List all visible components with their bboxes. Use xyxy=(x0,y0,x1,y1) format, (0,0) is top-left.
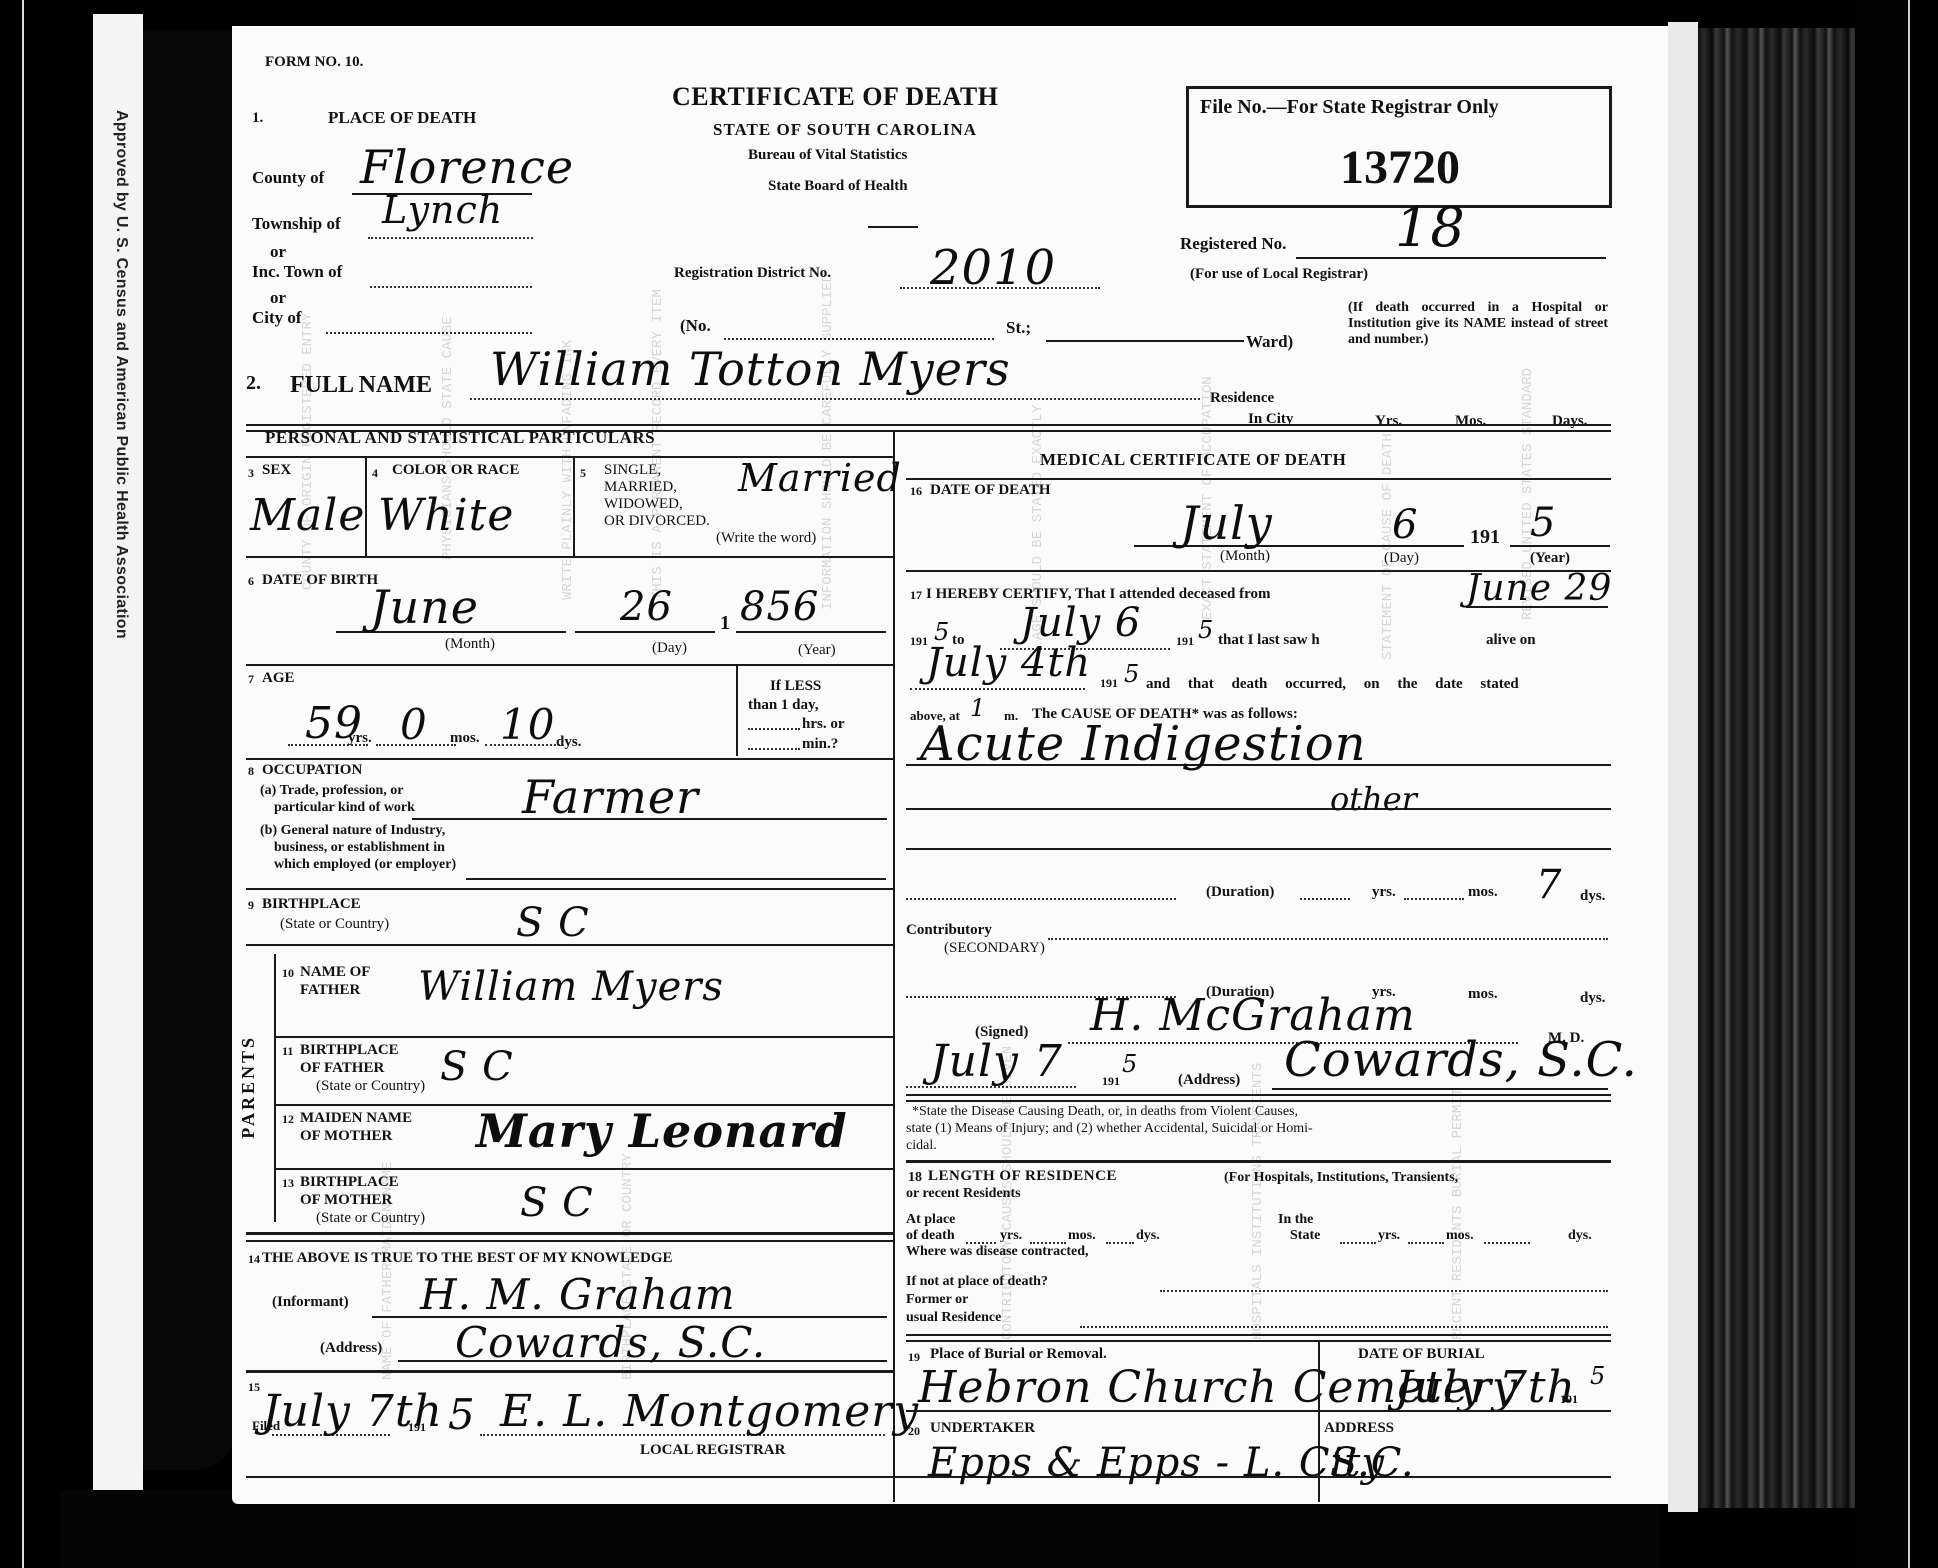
mother-birthplace-label: BIRTHPLACE xyxy=(300,1174,399,1191)
state-name: STATE OF SOUTH CAROLINA xyxy=(713,120,977,140)
item-number: 5 xyxy=(580,466,586,481)
physician-address-value: Cowards, S.C. xyxy=(1284,1032,1638,1088)
medical-section-title: MEDICAL CERTIFICATE OF DEATH xyxy=(1040,450,1346,470)
mos-label: mos. xyxy=(1446,1228,1474,1244)
yrs-label: yrs. xyxy=(1000,1228,1022,1244)
date-of-death-label: DATE OF DEATH xyxy=(930,482,1051,499)
day-hint: (Day) xyxy=(652,640,687,657)
yrs-label: yrs. xyxy=(348,730,372,747)
mother-birthplace-value: S C xyxy=(520,1180,594,1226)
informant-label: (Informant) xyxy=(272,1294,349,1311)
undertaker-label: UNDERTAKER xyxy=(930,1420,1035,1437)
cause-of-death-value-2: other xyxy=(1330,780,1417,818)
occupation-label: OCCUPATION xyxy=(262,762,362,779)
undertaker-value: Epps & Epps - L. City xyxy=(928,1440,1385,1486)
binding-gutter xyxy=(143,30,235,1470)
at-place-label-2: of death xyxy=(906,1228,955,1244)
in-state-label: In the xyxy=(1278,1212,1313,1228)
contracted-label-2: If not at place of death? xyxy=(906,1274,1048,1290)
father-birthplace-value: S C xyxy=(440,1044,514,1090)
attended-to-year: 5 xyxy=(1198,616,1213,644)
father-name-label-2: FATHER xyxy=(300,982,360,999)
scanner-edge-line-right xyxy=(1908,0,1910,1568)
alive-on-text: alive on xyxy=(1486,632,1536,649)
item-number: 11 xyxy=(282,1044,293,1059)
item-number: 4 xyxy=(372,466,378,481)
registrar-signature: E. L. Montgomery xyxy=(500,1386,919,1437)
item-number: 15 xyxy=(248,1380,260,1395)
cause-of-death-value: Acute Indigestion xyxy=(920,716,1367,772)
contributory-label: Contributory xyxy=(906,922,992,939)
city-label: City of xyxy=(252,308,302,328)
father-name-value: William Myers xyxy=(418,964,724,1010)
undertaker-address-label: ADDRESS xyxy=(1324,1420,1394,1437)
father-birthplace-hint: (State or Country) xyxy=(316,1078,425,1095)
marital-label-1: SINGLE, xyxy=(604,462,661,479)
year-hint: (Year) xyxy=(798,642,836,659)
registered-no-value: 18 xyxy=(1395,196,1466,259)
registration-district-value: 2010 xyxy=(930,240,1056,296)
mos-label: mos. xyxy=(1468,884,1498,901)
marital-label-3: WIDOWED, xyxy=(604,496,683,513)
informant-value: H. M. Graham xyxy=(420,1270,736,1319)
dys-label: dys. xyxy=(1580,990,1605,1007)
paper-edge xyxy=(1668,22,1698,1512)
birthplace-hint: (State or Country) xyxy=(280,916,389,933)
death-occurred-text: and that death occurred, on the date sta… xyxy=(1146,676,1519,693)
registered-no-label: Registered No. xyxy=(1180,234,1286,254)
residence-note-2: or recent Residents xyxy=(906,1186,1021,1202)
registration-district-label: Registration District No. xyxy=(674,265,831,282)
last-saw-value: July 4th xyxy=(926,640,1091,686)
month-hint: (Month) xyxy=(445,636,495,653)
duration-days-value: 7 xyxy=(1536,862,1562,908)
bureau-name: Bureau of Vital Statistics xyxy=(748,147,907,164)
town-label: Inc. Town of xyxy=(252,262,342,282)
duration-label: (Duration) xyxy=(1206,884,1274,901)
place-of-death-label: PLACE OF DEATH xyxy=(328,108,476,128)
footnote-line-3: cidal. xyxy=(906,1138,937,1154)
burial-year-value: 5 xyxy=(1590,1362,1605,1390)
occupation-b-label: (b) General nature of Industry, xyxy=(260,823,445,839)
item-number: 7 xyxy=(248,672,254,687)
item-number: 16 xyxy=(910,484,922,499)
occupation-value: Farmer xyxy=(522,770,699,824)
marital-label-2: MARRIED, xyxy=(604,479,677,496)
parents-label: PARENTS xyxy=(238,1035,259,1139)
item-number: 20 xyxy=(908,1424,920,1439)
occupation-b-label-2: business, or establishment in xyxy=(274,840,445,856)
street-label: St.; xyxy=(1006,318,1031,338)
informant-address-label: (Address) xyxy=(320,1340,382,1357)
age-months-value: 0 xyxy=(400,700,428,749)
month-hint: (Month) xyxy=(1220,548,1270,565)
item-number: 6 xyxy=(248,574,254,589)
file-number-label: File No.—For State Registrar Only xyxy=(1200,96,1499,119)
informant-address-value: Cowards, S.C. xyxy=(455,1318,766,1367)
death-year-value: 5 xyxy=(1530,500,1556,546)
binding-shadow xyxy=(1855,0,1908,1568)
personal-section-title: PERSONAL AND STATISTICAL PARTICULARS xyxy=(265,428,655,448)
file-number-value: 13720 xyxy=(1340,140,1460,195)
mother-name-label: MAIDEN NAME xyxy=(300,1110,412,1127)
death-day-value: 6 xyxy=(1392,502,1418,548)
ward-label: Ward) xyxy=(1246,332,1293,352)
last-saw-year: 5 xyxy=(1124,660,1139,688)
dys-label: dys. xyxy=(1580,888,1605,905)
death-year-prefix: 191 xyxy=(1470,526,1500,549)
item-number: 17 xyxy=(910,588,922,603)
dob-month-value: June xyxy=(370,580,479,634)
burial-date-label: DATE OF BURIAL xyxy=(1358,1346,1485,1363)
item-number: 2. xyxy=(246,372,261,395)
year-prefix: 191 xyxy=(1560,1392,1578,1407)
age-days-value: 10 xyxy=(500,700,555,749)
secondary-label: (SECONDARY) xyxy=(944,940,1045,957)
dob-year-prefix: 1 xyxy=(720,612,730,635)
residence-note: (For Hospitals, Institutions, Transients… xyxy=(1224,1170,1458,1186)
father-name-label: NAME OF xyxy=(300,964,370,981)
item-number: 14 xyxy=(248,1252,260,1267)
undertaker-address-value: S.C. xyxy=(1330,1440,1415,1486)
sex-label: SEX xyxy=(262,462,291,479)
registrar-label: LOCAL REGISTRAR xyxy=(640,1442,785,1459)
father-birthplace-label: BIRTHPLACE xyxy=(300,1042,399,1059)
dob-label: DATE OF BIRTH xyxy=(262,572,378,589)
item-number: 9 xyxy=(248,898,254,913)
year-hint: (Year) xyxy=(1530,550,1570,567)
residence-yrs-label: Yrs. xyxy=(1375,413,1402,430)
marital-value: Married xyxy=(738,456,902,500)
former-residence-label-2: usual Residence xyxy=(906,1310,1001,1326)
filed-year-prefix: 191 xyxy=(408,1420,426,1435)
birthplace-label: BIRTHPLACE xyxy=(262,896,361,913)
item-number: 1. xyxy=(252,110,263,127)
marital-hint: (Write the word) xyxy=(716,530,816,547)
signed-date-value: July 7 xyxy=(930,1036,1063,1087)
dob-year-value: 856 xyxy=(740,584,819,630)
occupation-a-label-2: particular kind of work xyxy=(274,800,415,816)
approval-text: Approved by U. S. Census and American Pu… xyxy=(108,110,130,740)
year-prefix: 191 xyxy=(1102,1074,1120,1089)
year-prefix: 191 xyxy=(1176,634,1194,649)
birthplace-value: S C xyxy=(516,900,590,946)
attended-from-value: June 29 xyxy=(1466,568,1612,609)
mother-birthplace-hint: (State or Country) xyxy=(316,1210,425,1227)
signed-year-value: 5 xyxy=(1122,1050,1137,1078)
day-hint: (Day) xyxy=(1384,550,1419,567)
yrs-label: yrs. xyxy=(1378,1228,1400,1244)
min-label: min.? xyxy=(802,736,838,753)
full-name-label: FULL NAME xyxy=(290,372,432,399)
hospital-note: (If death occurred in a Hospital or Inst… xyxy=(1348,300,1608,348)
item-number: 8 xyxy=(248,764,254,779)
dys-label: dys. xyxy=(1136,1228,1160,1244)
less-than-day-label-2: than 1 day, xyxy=(748,697,818,714)
mother-name-value: Mary Leonard xyxy=(476,1104,848,1158)
death-month-value: July xyxy=(1180,496,1273,550)
footnote-line-1: *State the Disease Causing Death, or, in… xyxy=(912,1104,1298,1120)
certificate-title: CERTIFICATE OF DEATH xyxy=(672,82,998,112)
less-than-day-label: If LESS xyxy=(770,678,821,695)
yrs-label: yrs. xyxy=(1372,884,1396,901)
father-birthplace-label-2: OF FATHER xyxy=(300,1060,384,1077)
county-label: County of xyxy=(252,168,324,188)
full-name-value: William Totton Myers xyxy=(490,342,1011,396)
scanner-edge-line xyxy=(22,0,24,1568)
or-text: or xyxy=(270,288,286,308)
informant-statement: THE ABOVE IS TRUE TO THE BEST OF MY KNOW… xyxy=(262,1250,673,1267)
age-label: AGE xyxy=(262,670,295,687)
footnote-line-2: state (1) Means of Injury; and (2) wheth… xyxy=(906,1121,1313,1137)
residence-label: Residence xyxy=(1210,390,1274,407)
registered-no-note: (For use of Local Registrar) xyxy=(1190,266,1368,283)
form-number: FORM NO. 10. xyxy=(265,54,363,71)
township-label: Township of xyxy=(252,214,341,234)
dob-day-value: 26 xyxy=(620,584,673,630)
year-prefix: 191 xyxy=(1100,676,1118,691)
last-saw-text: that I last saw h xyxy=(1218,632,1320,649)
contracted-label: Where was disease contracted, xyxy=(906,1244,1089,1260)
former-residence-label: Former or xyxy=(906,1292,968,1308)
mother-name-label-2: OF MOTHER xyxy=(300,1128,392,1145)
mother-birthplace-label-2: OF MOTHER xyxy=(300,1192,392,1209)
dys-label: dys. xyxy=(1568,1228,1592,1244)
filed-year-value: 5 xyxy=(448,1390,476,1439)
mos-label: mos. xyxy=(450,730,480,747)
marital-label-4: OR DIVORCED. xyxy=(604,513,710,530)
sex-value: Male xyxy=(250,490,365,541)
residence-mos-label: Mos. xyxy=(1455,413,1486,430)
dys-label: dys. xyxy=(556,734,581,751)
township-value: Lynch xyxy=(382,188,503,232)
item-number: 12 xyxy=(282,1112,294,1127)
county-value: Florence xyxy=(360,140,574,194)
occupation-b-label-3: which employed (or employer) xyxy=(274,857,456,873)
or-text: or xyxy=(270,242,286,262)
occupation-a-label: (a) Trade, profession, or xyxy=(260,783,404,799)
race-value: White xyxy=(378,490,514,541)
mos-label: mos. xyxy=(1068,1228,1096,1244)
hrs-label: hrs. or xyxy=(802,716,845,733)
item-number: 10 xyxy=(282,966,294,981)
board-name: State Board of Health xyxy=(768,178,908,195)
residence-title: LENGTH OF RESIDENCE xyxy=(928,1168,1117,1185)
item-number: 18 xyxy=(908,1170,922,1186)
race-label: COLOR OR RACE xyxy=(392,462,520,479)
street-no-label: (No. xyxy=(680,316,711,336)
physician-address-label: (Address) xyxy=(1178,1072,1240,1089)
in-state-label-2: State xyxy=(1290,1228,1320,1244)
burial-date-value: July 7th xyxy=(1395,1362,1576,1413)
item-number: 3 xyxy=(248,466,254,481)
residence-days-label: Days. xyxy=(1552,413,1587,430)
at-place-label: At place xyxy=(906,1212,955,1228)
burial-place-label: Place of Burial or Removal. xyxy=(930,1346,1107,1363)
item-number: 13 xyxy=(282,1176,294,1191)
mos-label: mos. xyxy=(1468,986,1498,1003)
